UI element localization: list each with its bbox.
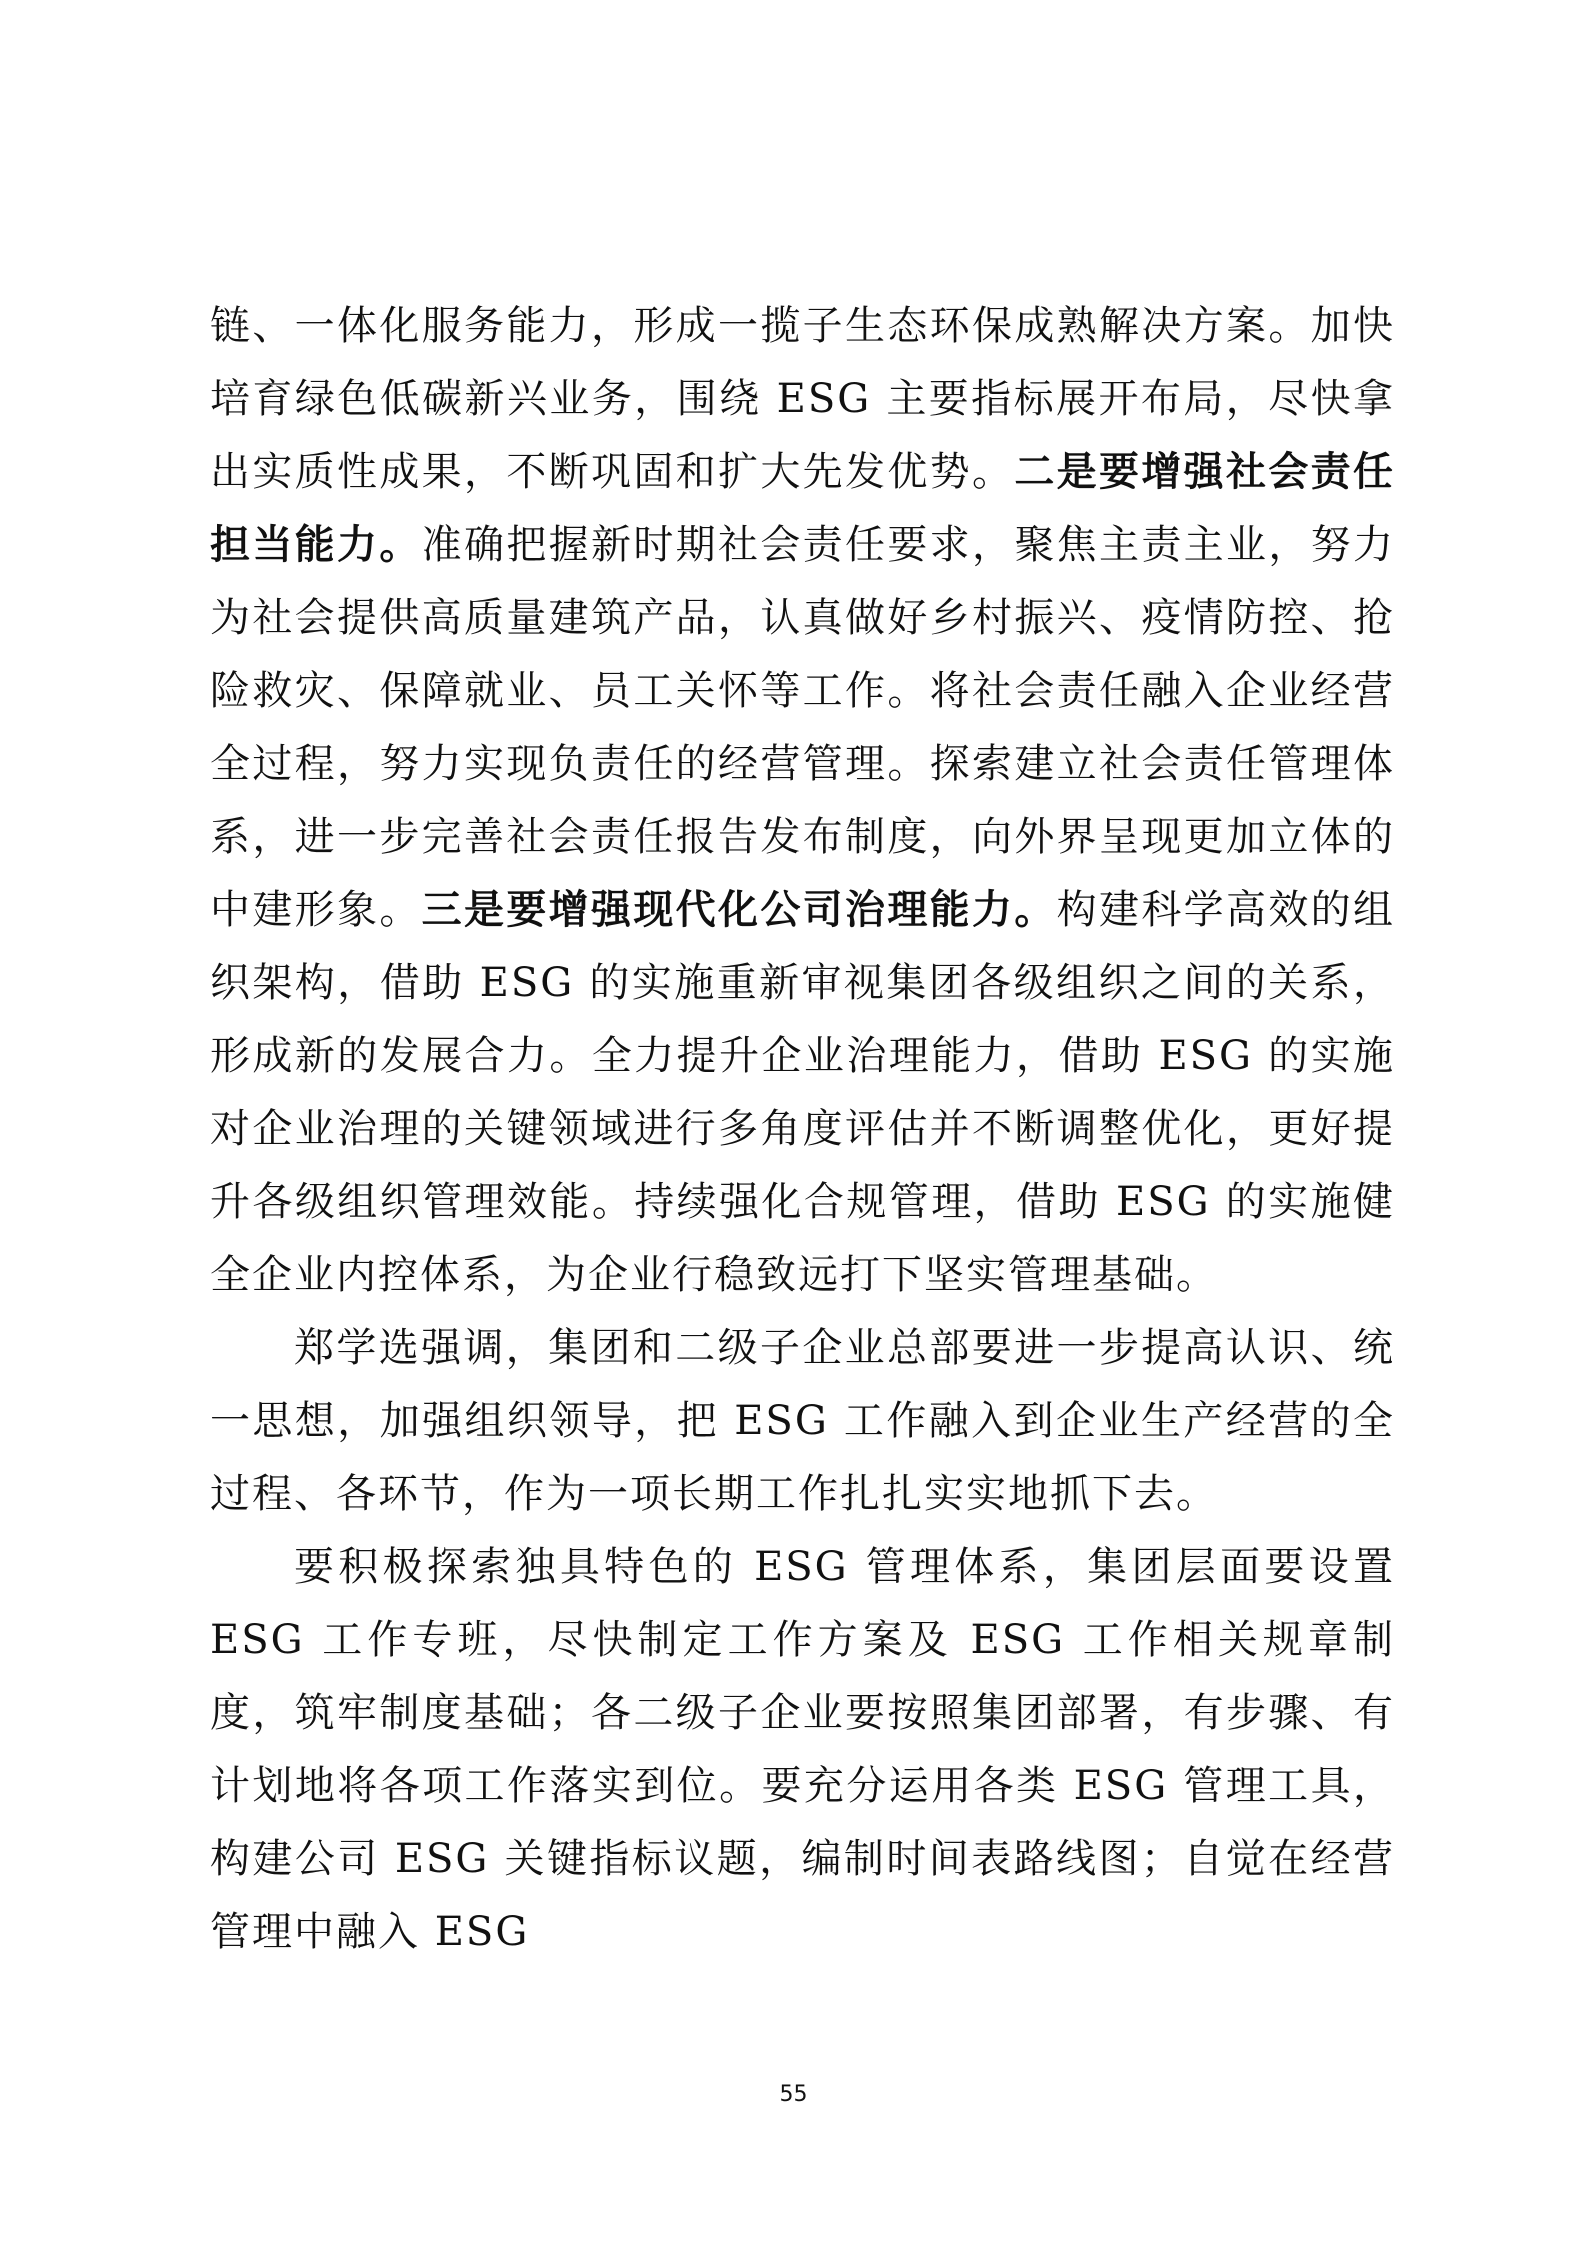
page-number: 55 [0,2082,1587,2107]
paragraph-3: 要积极探索独具特色的 ESG 管理体系，集团层面要设置 ESG 工作专班，尽快制… [210,1531,1395,1969]
body-text: 链、一体化服务能力，形成一揽子生态环保成熟解决方案。加快培育绿色低碳新兴业务，围… [210,290,1395,1969]
paragraph-2: 郑学选强调，集团和二级子企业总部要进一步提高认识、统一思想，加强组织领导，把 E… [210,1312,1395,1531]
paragraph-3-run-1: 要积极探索独具特色的 ESG 管理体系，集团层面要设置 ESG 工作专班，尽快制… [210,1544,1395,1955]
paragraph-1-run-3: 准确把握新时期社会责任要求，聚焦主责主业，努力为社会提供高质量建筑产品，认真做好… [210,522,1395,933]
document-page: 链、一体化服务能力，形成一揽子生态环保成熟解决方案。加快培育绿色低碳新兴业务，围… [0,0,1587,2245]
paragraph-2-run-1: 郑学选强调，集团和二级子企业总部要进一步提高认识、统一思想，加强组织领导，把 E… [210,1325,1395,1517]
heading-corporate-governance: 三是要增强现代化公司治理能力。 [422,887,1057,933]
paragraph-1: 链、一体化服务能力，形成一揽子生态环保成熟解决方案。加快培育绿色低碳新兴业务，围… [210,290,1395,1312]
paragraph-1-run-5: 构建科学高效的组织架构，借助 ESG 的实施重新审视集团各级组织之间的关系，形成… [210,887,1395,1298]
